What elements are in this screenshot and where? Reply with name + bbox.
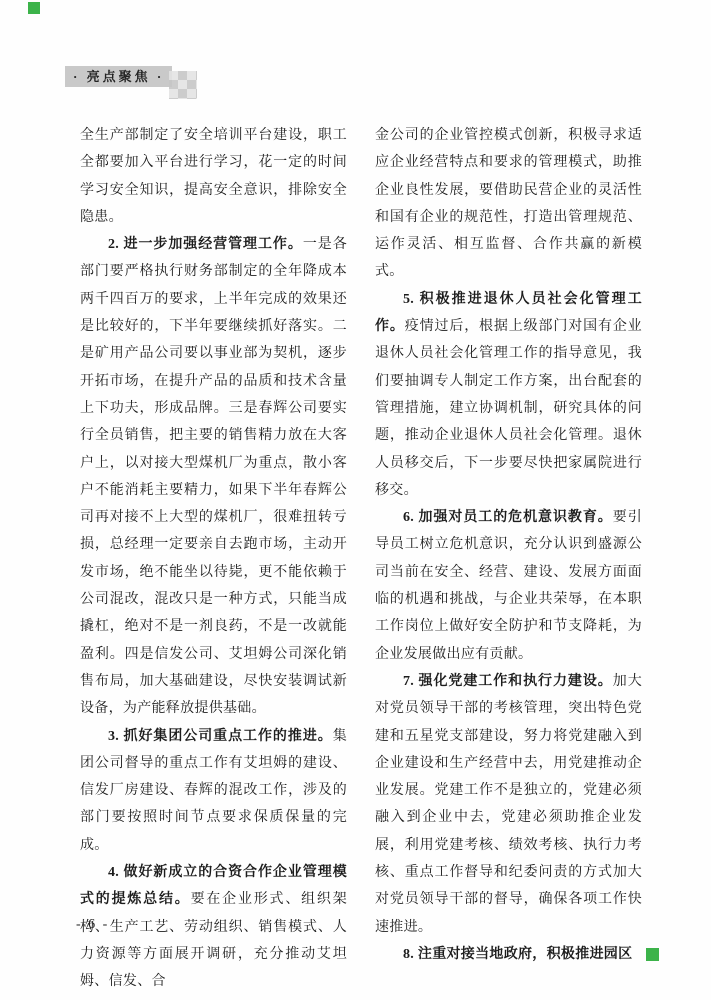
paragraph-body-text: 要引导员工树立危机意识，充分认识到盛源公司当前在安全、经营、建设、发展方面面临的… [375, 510, 642, 661]
paragraph: 金公司的企业管控模式创新，积极寻求适应企业经营特点和要求的管理模式，助推企业良性… [375, 122, 642, 286]
paragraph: 全生产部制定了安全培训平台建设，职工全都要加入平台进行学习，花一定的时间学习安全… [80, 122, 347, 231]
corner-mark-top-left [28, 2, 40, 14]
paragraph: 5. 积极推进退休人员社会化管理工作。疫情过后，根据上级部门对国有企业退休人员社… [375, 286, 642, 504]
paragraph: 2. 进一步加强经营管理工作。一是各部门要严格执行财务部制定的全年降成本两千四百… [80, 231, 347, 722]
paragraph-heading-text: 3. 抓好集团公司重点工作的推进。 [108, 729, 333, 744]
paragraph-heading-text: 2. 进一步加强经营管理工作。 [108, 237, 303, 252]
paragraph-body-text: 一是各部门要严格执行财务部制定的全年降成本两千四百万的要求，上半年完成的效果还是… [80, 237, 347, 716]
right-column: 金公司的企业管控模式创新，积极寻求适应企业经营特点和要求的管理模式，助推企业良性… [375, 122, 642, 996]
paragraph: 4. 做好新成立的合资合作企业管理模式的提炼总结。要在企业形式、组织架构、生产工… [80, 859, 347, 995]
document-page: · 亮点聚焦 · 全生产部制定了安全培训平台建设，职工全都要加入平台进行学习，花… [0, 0, 711, 1000]
section-header: · 亮点聚焦 · [65, 66, 197, 99]
paragraph-heading-text: 6. 加强对员工的危机意识教育。 [403, 510, 613, 525]
paragraph-body-text: 全生产部制定了安全培训平台建设，职工全都要加入平台进行学习，花一定的时间学习安全… [80, 128, 347, 225]
paragraph-heading-text: 8. 注重对接当地政府，积极推进园区 [403, 947, 632, 962]
paragraph: 3. 抓好集团公司重点工作的推进。集团公司督导的重点工作有艾坦姆的建设、信发厂房… [80, 723, 347, 859]
paragraph: 7. 强化党建工作和执行力建设。加大对党员领导干部的考核管理，突出特色党建和五星… [375, 668, 642, 941]
paragraph: 8. 注重对接当地政府，积极推进园区 [375, 941, 642, 968]
paragraph-body-text: 加大对党员领导干部的考核管理，突出特色党建和五星党支部建设，努力将党建融入到企业… [375, 674, 642, 935]
left-column: 全生产部制定了安全培训平台建设，职工全都要加入平台进行学习，花一定的时间学习安全… [80, 122, 347, 996]
checker-decoration [169, 71, 197, 99]
paragraph-body-text: 集团公司督导的重点工作有艾坦姆的建设、信发厂房建设、春辉的混改工作，涉及的部门要… [80, 729, 347, 853]
page-number: - 6 - [76, 917, 109, 933]
paragraph: 6. 加强对员工的危机意识教育。要引导员工树立危机意识，充分认识到盛源公司当前在… [375, 504, 642, 668]
section-badge: · 亮点聚焦 · [65, 66, 172, 87]
corner-mark-bottom-right [646, 948, 659, 961]
paragraph-body-text: 金公司的企业管控模式创新，积极寻求适应企业经营特点和要求的管理模式，助推企业良性… [375, 128, 642, 279]
text-columns: 全生产部制定了安全培训平台建设，职工全都要加入平台进行学习，花一定的时间学习安全… [80, 122, 642, 996]
paragraph-heading-text: 7. 强化党建工作和执行力建设。 [403, 674, 613, 689]
paragraph-body-text: 疫情过后，根据上级部门对国有企业退休人员社会化管理工作的指导意见，我们要抽调专人… [375, 319, 642, 498]
